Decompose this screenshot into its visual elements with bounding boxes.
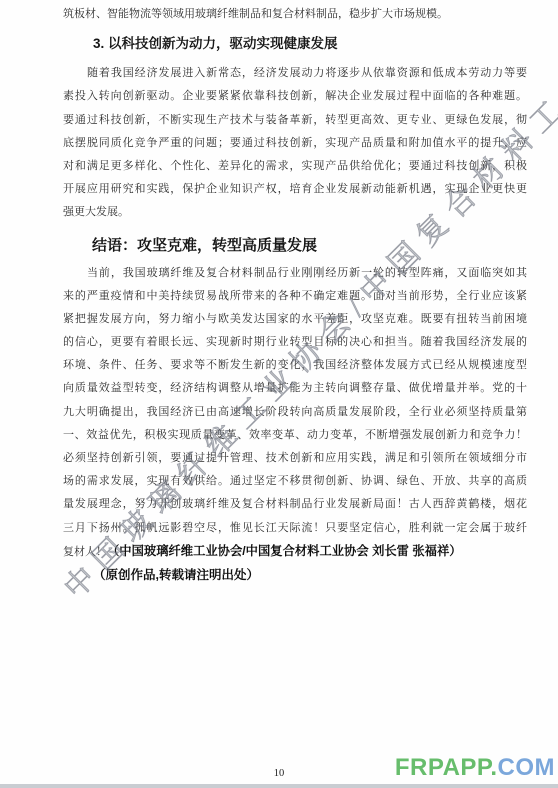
paragraph: 筑板材、智能物流等领域用玻璃纤维制品和复合材料制品，稳步扩大市场规模。 — [63, 3, 527, 26]
copyright-note: （原创作品,转载请注明出处） — [63, 564, 527, 587]
paragraph: 当前，我国玻璃纤维及复合材料制品行业刚刚经历新一轮的转型阵痛，又面临突如其来的严… — [63, 262, 527, 563]
text-line: 必须坚持创新引领，要通过提升管理、技术创新和应用实践，满足和引领所在领域细分市 — [63, 447, 527, 470]
text-line: 九大明确提出，我国经济已由高速增长阶段转向高质量发展阶段，全行业必须坚持质量第 — [63, 401, 527, 424]
text-line: 筑板材、智能物流等领域用玻璃纤维制品和复合材料制品，稳步扩大市场规模。 — [63, 3, 527, 26]
text-line: 场的需求发展，实现有效供给。通过坚定不移贯彻创新、协调、绿色、开放、共享的高质 — [63, 470, 527, 493]
site-watermark-frpapp: FRPAPP. — [395, 754, 498, 781]
text-line: 来的严重疫情和中美持续贸易战所带来的各种不确定难题。面对当前形势，全行业应该紧 — [63, 285, 527, 308]
text-line: 素投入转向创新驱动。企业要紧紧依靠科技创新，解决企业发展过程中面临的各种难题。 — [63, 85, 527, 108]
text-line: 环境、条件、任务、要求等不断发生新的变化，我国经济整体发展方式已经从规模速度型 — [63, 354, 527, 377]
site-watermark-com: COM — [498, 754, 556, 781]
text-line: 复材人！（中国玻璃纤维工业协会/中国复合材料工业协会 刘长雷 张福祥） — [63, 540, 527, 563]
document-body: 筑板材、智能物流等领域用玻璃纤维制品和复合材料制品，稳步扩大市场规模。3. 以科… — [63, 3, 527, 587]
text-line: 底摆脱同质化竞争严重的问题；要通过科技创新，实现产品质量和附加值水平的提升，应 — [63, 132, 527, 155]
text-line: 当前，我国玻璃纤维及复合材料制品行业刚刚经历新一轮的转型阵痛，又面临突如其 — [63, 262, 527, 285]
byline-bold-text: （中国玻璃纤维工业协会/中国复合材料工业协会 刘长雷 张福祥） — [107, 544, 462, 558]
text-line: 紧把握发展方向，努力缩小与欧美发达国家的水平差距，攻坚克难。既要有扭转当前困境 — [63, 308, 527, 331]
text-line: 的信心，更要有着眼长远、实现新时期行业转型目标的决心和担当。随着我国经济发展的 — [63, 331, 527, 354]
text-segment: 复材人！ — [63, 546, 107, 558]
paragraph: 随着我国经济发展进入新常态，经济发展动力将逐步从依靠资源和低成本劳动力等要素投入… — [63, 62, 527, 224]
text-line: 一、效益优先，积极实现质量变革、效率变革、动力变革，不断增强发展创新力和竞争力！ — [63, 424, 527, 447]
text-line: 开展应用研究和实践，保护企业知识产权，培育企业发展新动能新机遇，实现企业更快更 — [63, 178, 527, 201]
document-page: 筑板材、智能物流等领域用玻璃纤维制品和复合材料制品，稳步扩大市场规模。3. 以科… — [0, 0, 558, 788]
page-bottom-edge — [0, 784, 558, 788]
text-line: 向质量效益型转变，经济结构调整从增量扩能为主转向调整存量、做优增量并举。党的十 — [63, 377, 527, 400]
text-line: 对和满足更多样化、个性化、差异化的需求，实现产品供给优化；要通过科技创新，积极 — [63, 155, 527, 178]
text-line: 随着我国经济发展进入新常态，经济发展动力将逐步从依靠资源和低成本劳动力等要 — [63, 62, 527, 85]
text-line: 要通过科技创新，不断实现生产技术与装备革新，转型更高效、更专业、更绿色发展，彻 — [63, 109, 527, 132]
section-heading: 结语：攻坚克难，转型高质量发展 — [63, 234, 527, 258]
site-watermark: FRPAPP.COM — [395, 756, 555, 780]
text-line: 三月下扬州。孤帆远影碧空尽，惟见长江天际流！只要坚定信心，胜利就一定会属于玻纤 — [63, 517, 527, 540]
text-line: 量发展理念，努力开创玻璃纤维及复合材料制品行业发展新局面！古人西辞黄鹤楼，烟花 — [63, 493, 527, 516]
section-heading: 3. 以科技创新为动力，驱动实现健康发展 — [63, 33, 527, 54]
text-line: 强更大发展。 — [63, 201, 527, 224]
